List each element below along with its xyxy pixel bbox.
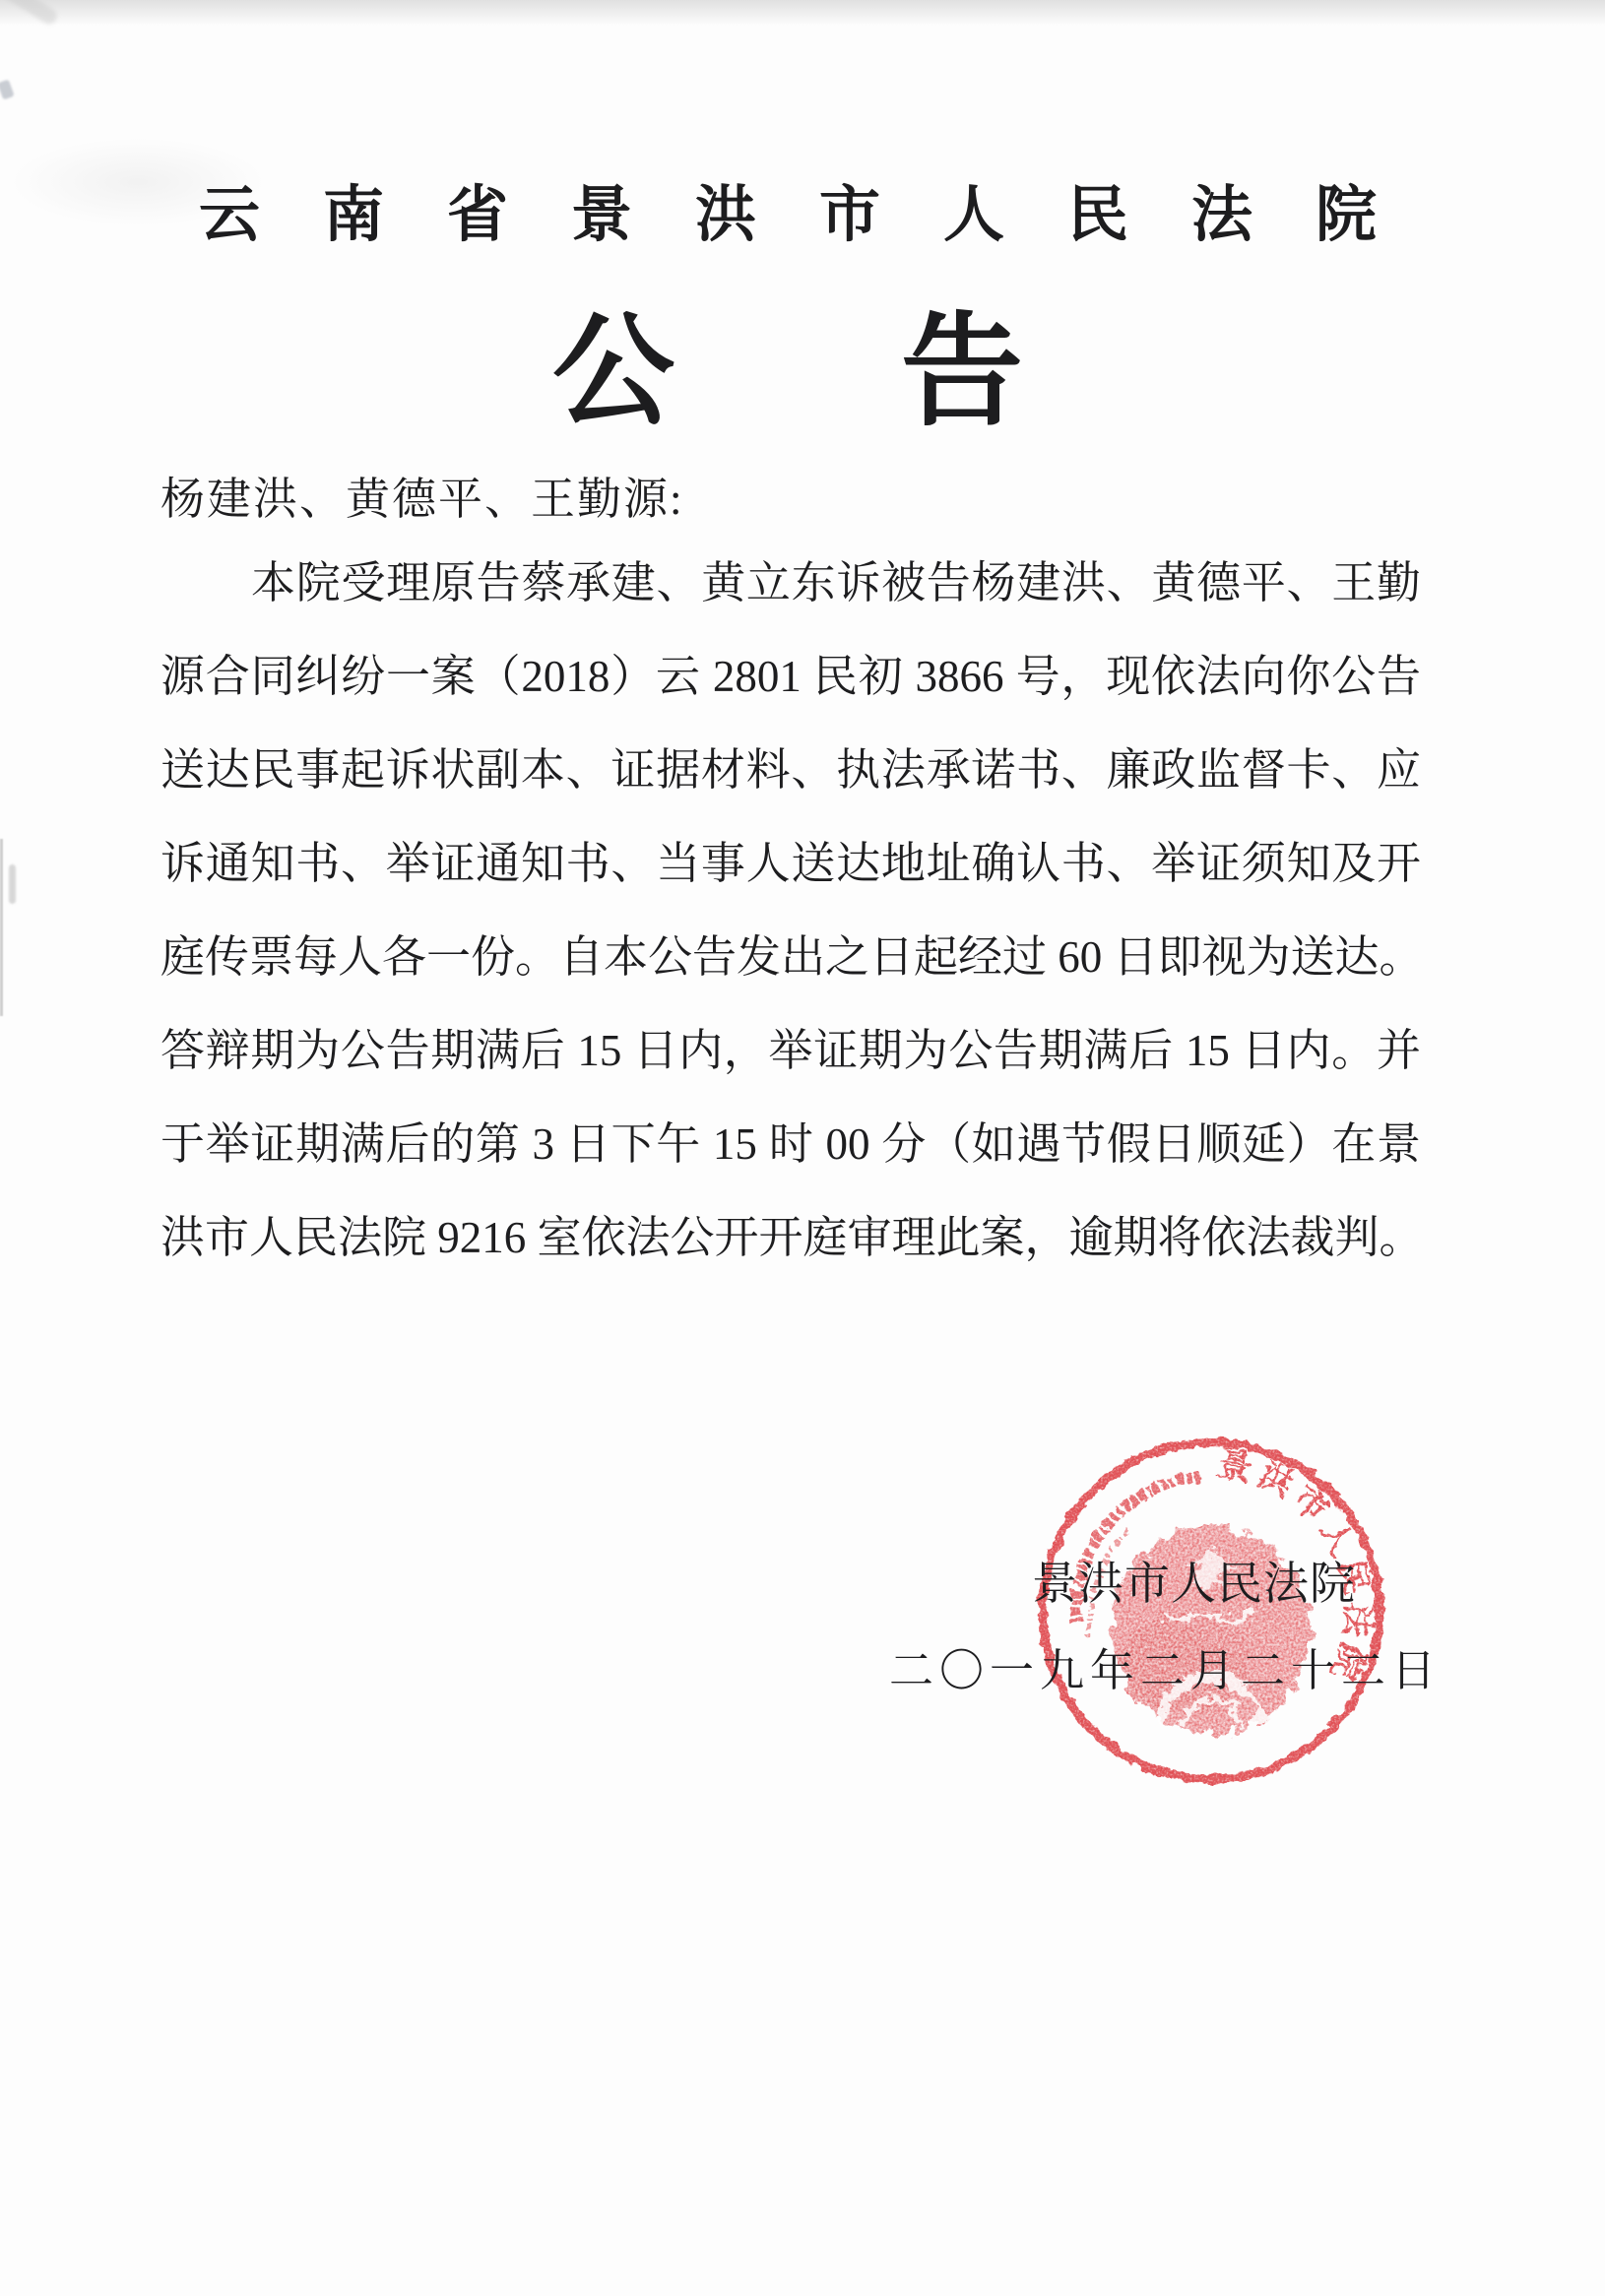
body-line: 于举证期满后的第 3 日下午 15 时 00 分（如遇节假日顺延）在景 [160,1098,1421,1191]
signature-court-name: 景洪市人民法院 [1032,1548,1356,1613]
body-line: 洪市人民法院 9216 室依法公开开庭审理此案，逾期将依法裁判。 [160,1191,1421,1285]
addressee-line: 杨建洪、黄德平、王勤源: [160,463,684,527]
scan-artifact-top-shade [0,0,1605,26]
announcement-body: 本院受理原告蔡承建、黄立东诉被告杨建洪、黄德平、王勤 源合同纠纷一案（2018）… [160,537,1421,1285]
signature-date: 二〇一九年二月二十二日 [889,1634,1442,1698]
body-line: 送达民事起诉状副本、证据材料、执法承诺书、廉政监督卡、应 [160,724,1421,817]
scan-artifact-left-mark [0,79,15,99]
body-line: 答辩期为公告期满后 15 日内，举证期为公告期满后 15 日内。并 [160,1004,1421,1098]
body-line: 诉通知书、举证通知书、当事人送达地址确认书、举证须知及开 [160,817,1421,911]
document-page: { "doc": { "court_title": "云南省景洪市人民法院", … [0,0,1605,2296]
court-title: 云南省景洪市人民法院 [54,165,1521,253]
body-line: 源合同纠纷一案（2018）云 2801 民初 3866 号，现依法向你公告 [160,630,1421,724]
body-line: 本院受理原告蔡承建、黄立东诉被告杨建洪、黄德平、王勤 [160,537,1421,630]
scan-artifact-left-streak [0,839,3,1016]
announcement-title: 公告 [54,274,1521,449]
body-line: 庭传票每人各一份。自本公告发出之日起经过 60 日即视为送达。 [160,911,1421,1004]
scan-artifact-left-dot [9,864,16,904]
